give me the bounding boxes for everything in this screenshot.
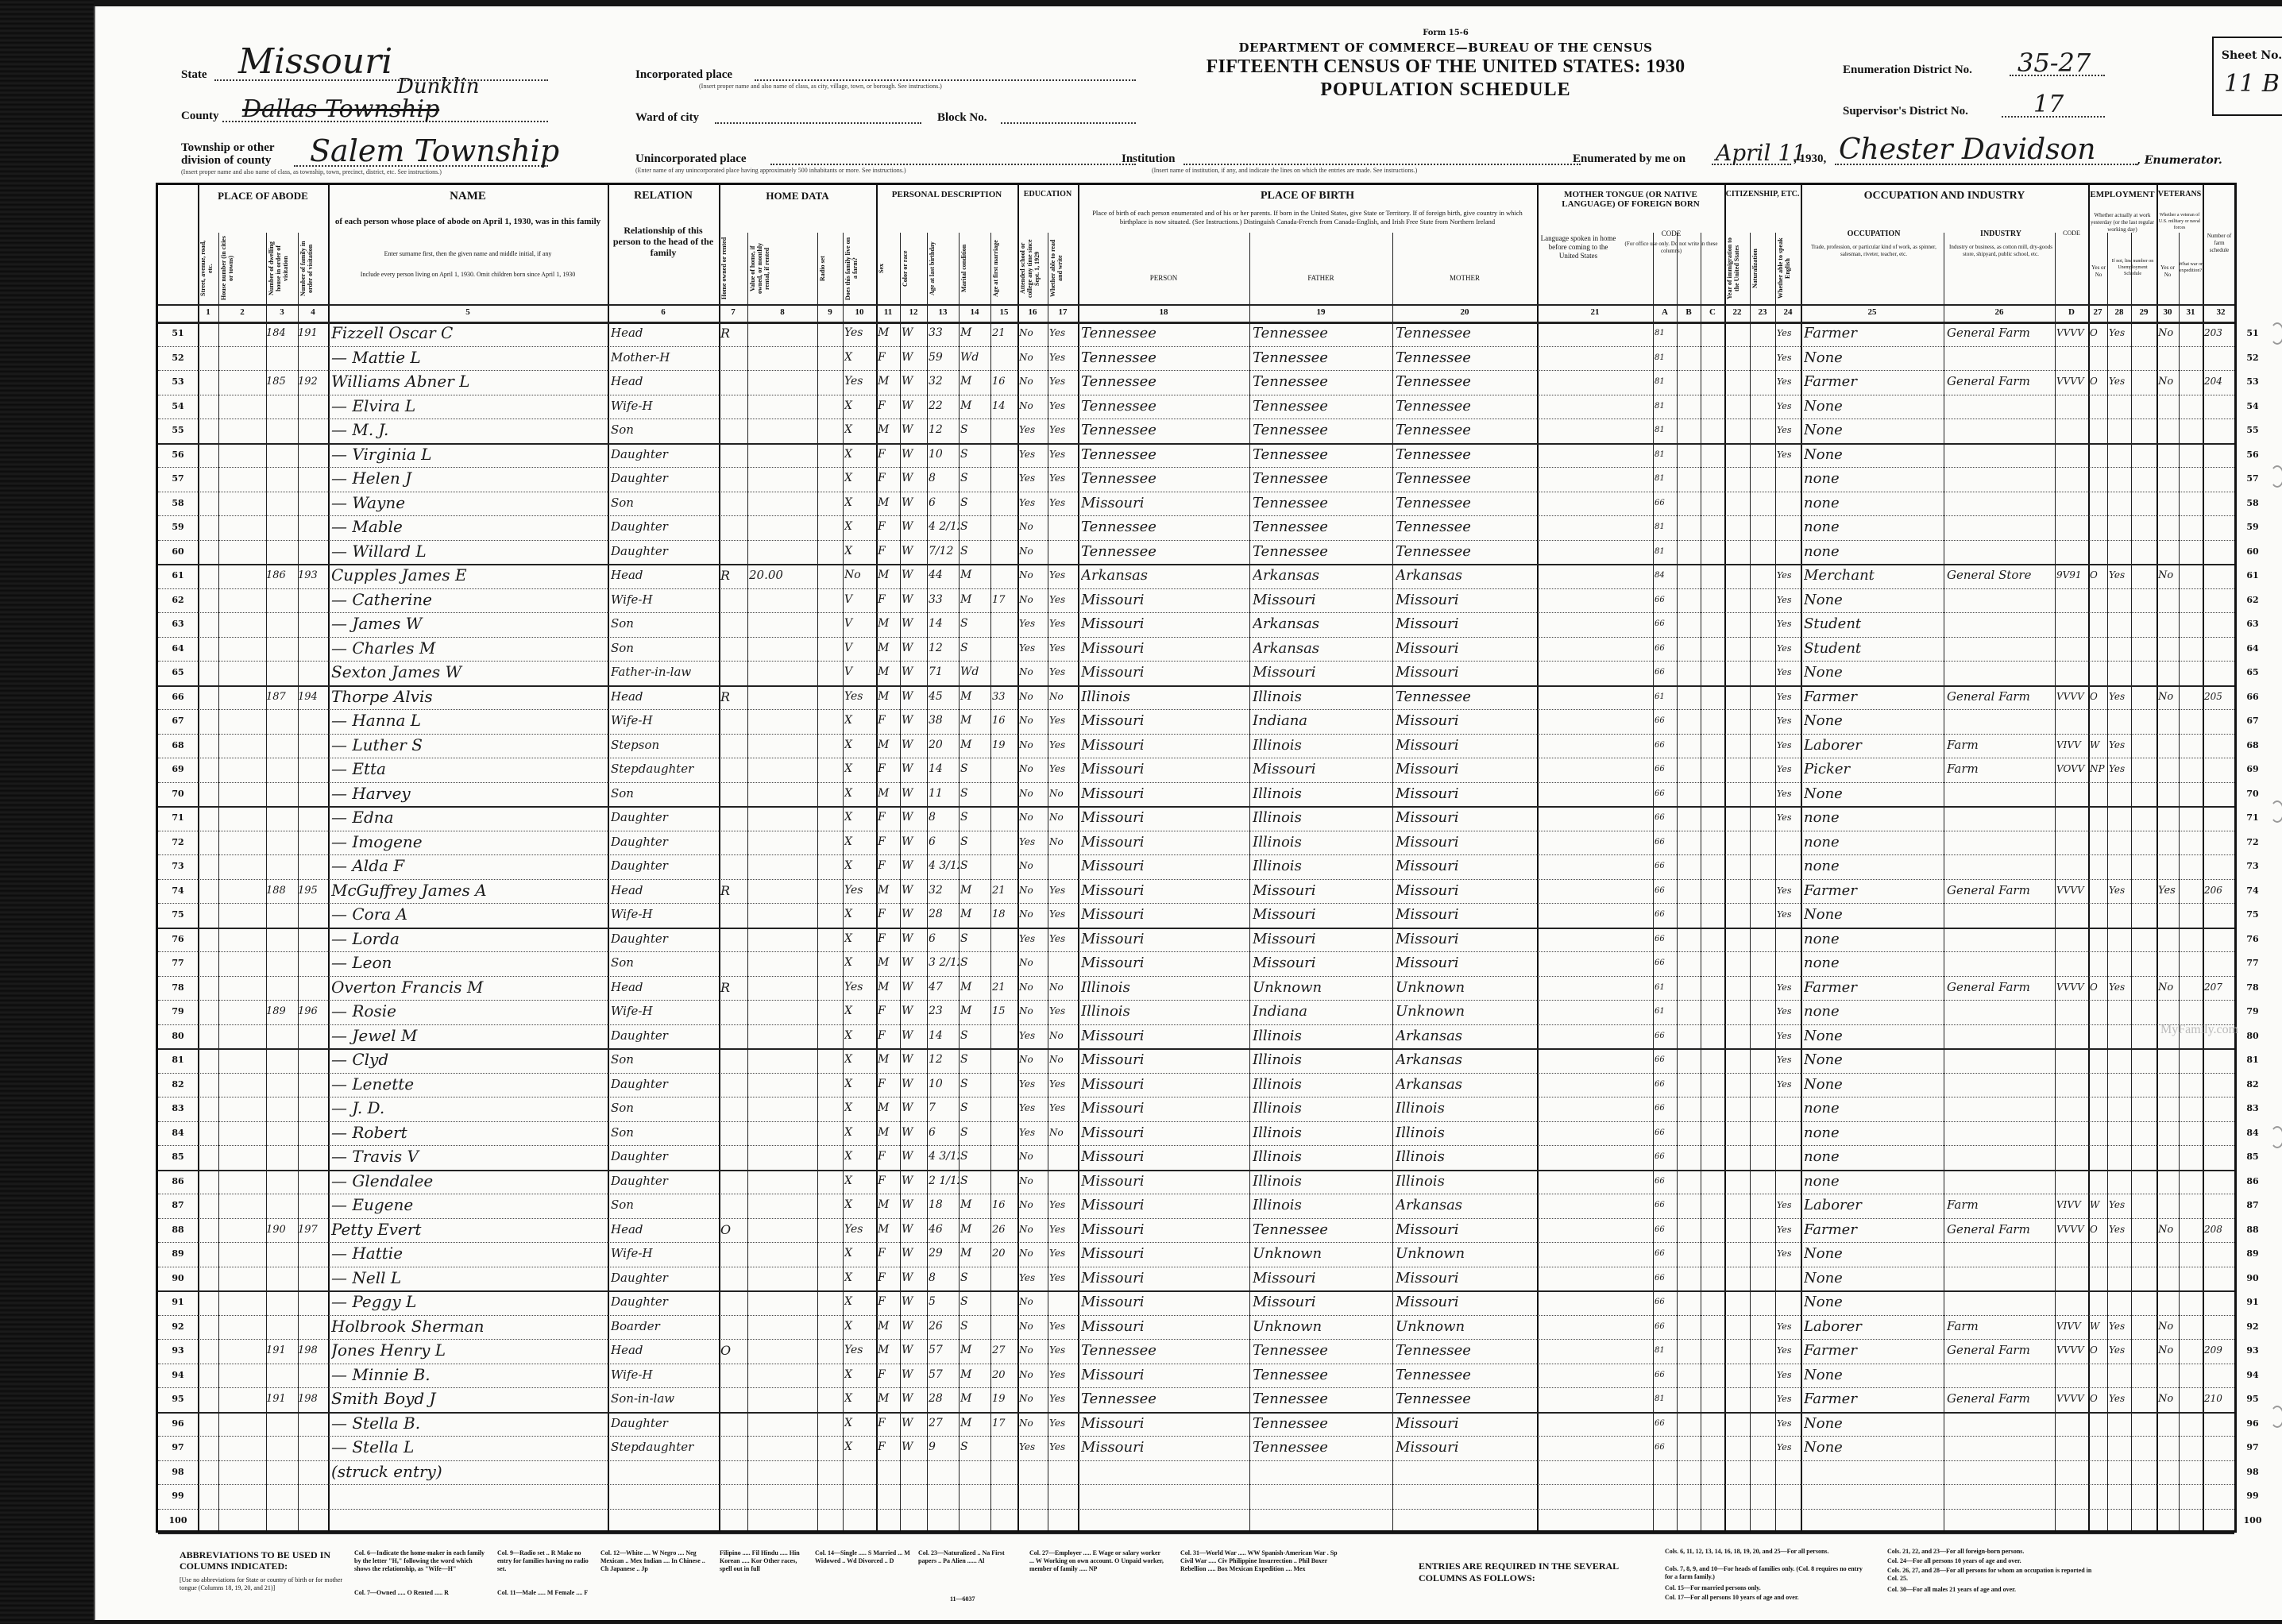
speaks-english: Yes — [1777, 1047, 1801, 1073]
line-number: 56 — [166, 449, 190, 460]
speaks-english: Yes — [1777, 587, 1801, 613]
farm-residence: X — [844, 901, 876, 928]
farm-schedule-number: 210 — [2204, 1386, 2239, 1412]
class-of-worker: W — [2090, 732, 2107, 758]
occupation: none — [1804, 1168, 1944, 1194]
occupation: None — [1804, 345, 1944, 371]
birthplace-person: Tennessee — [1081, 465, 1248, 492]
table-row: 5454— Elvira LWife-HXFW22M14NoYesTenness… — [158, 395, 2234, 419]
read-write: Yes — [1049, 587, 1078, 613]
industry: General Farm — [1947, 1217, 2055, 1243]
family-number: 193 — [298, 562, 328, 588]
birthplace-person: Missouri — [1081, 1144, 1248, 1170]
incorporated-underline — [755, 79, 1136, 81]
relation: Daughter — [611, 1410, 719, 1437]
race: W — [902, 950, 927, 976]
occupation: Farmer — [1804, 1386, 1944, 1412]
birthplace-person: Missouri — [1081, 804, 1248, 831]
ward-label: Ward of city — [635, 111, 699, 125]
birthplace-person: Missouri — [1081, 587, 1248, 613]
column-number: 27 — [2088, 307, 2107, 317]
industry: General Store — [1947, 562, 2055, 588]
birthplace-father: Missouri — [1253, 950, 1392, 976]
person-name: — Cora A — [331, 901, 608, 928]
marital-status: S — [960, 1120, 990, 1146]
column-header-c15: Age at first marriage — [992, 236, 1016, 301]
read-write: Yes — [1049, 1095, 1078, 1121]
marital-status: S — [960, 417, 990, 443]
personal-description-header: PERSONAL DESCRIPTION — [876, 190, 1017, 199]
occupation: None — [1804, 1023, 1944, 1049]
person-name: — Eugene — [331, 1192, 608, 1218]
attended-school: No — [1019, 562, 1048, 588]
age-first-marriage: 17 — [992, 587, 1017, 613]
read-write: No — [1049, 781, 1078, 807]
occupation: Merchant — [1804, 562, 1944, 588]
occupation-code: VVVV — [2056, 1386, 2088, 1412]
relation: Wife-H — [611, 901, 719, 928]
relation: Daughter — [611, 1071, 719, 1097]
binder-hole-mark — [2270, 800, 2282, 823]
table-row: 7878Overton Francis MHeadRYesMW47M21NoNo… — [158, 976, 2234, 1001]
attended-school: No — [1019, 1313, 1048, 1340]
attended-school: No — [1019, 587, 1048, 613]
table-row: 8484— RobertSonXMW6SYesNoMissouriIllinoi… — [158, 1121, 2234, 1146]
block-underline — [1001, 122, 1136, 124]
relation: Son — [611, 1192, 719, 1218]
line-number-right: 57 — [2241, 473, 2265, 484]
dwelling-number: 185 — [266, 368, 298, 395]
table-row: 7777— LeonSonXMW3 2/12SNoMissouriMissour… — [158, 951, 2234, 976]
farm-residence: Yes — [844, 368, 876, 395]
table-row: 8080— Jewel MDaughterXFW14SYesNoMissouri… — [158, 1024, 2234, 1049]
table-row: 5151184191Fizzell Oscar CHeadRYesMW33M21… — [158, 322, 2234, 346]
line-number-right: 61 — [2241, 570, 2265, 581]
birthplace-mother: Illinois — [1396, 1168, 1535, 1194]
race: W — [902, 635, 927, 662]
attended-school: No — [1019, 320, 1048, 346]
line-number: 73 — [166, 861, 190, 871]
relation-header: RELATION — [608, 190, 719, 203]
at-work: Yes — [2109, 1337, 2131, 1364]
binder-hole-mark — [2270, 322, 2282, 345]
race: W — [902, 442, 927, 468]
enumerator-label: , Enumerator. — [2137, 154, 2222, 167]
age: 28 — [929, 1386, 959, 1412]
sex: F — [878, 1410, 900, 1437]
speaks-english: Yes — [1777, 562, 1801, 588]
county-struck-value: Dallas Township — [242, 95, 439, 123]
at-work: Yes — [2109, 1217, 2131, 1243]
age: 32 — [929, 368, 959, 395]
line-number-right: 78 — [2241, 982, 2265, 993]
farm-schedule-number: 209 — [2204, 1337, 2239, 1364]
line-number: 54 — [166, 401, 190, 411]
relation: Daughter — [611, 1168, 719, 1194]
person-name: — Lorda — [331, 926, 608, 952]
occupation: none — [1804, 465, 1944, 492]
race: W — [902, 1434, 927, 1460]
relation: Mother-H — [611, 345, 719, 371]
race: W — [902, 1144, 927, 1170]
birthplace-mother: Tennessee — [1396, 1362, 1535, 1388]
line-number: 96 — [166, 1418, 190, 1429]
column-number: 22 — [1724, 307, 1750, 317]
line-number: 80 — [166, 1031, 190, 1041]
age: 18 — [929, 1192, 959, 1218]
age-first-marriage: 16 — [992, 368, 1017, 395]
farm-residence: X — [844, 1120, 876, 1146]
race: W — [902, 1071, 927, 1097]
person-name: Fizzell Oscar C — [331, 320, 608, 346]
state-code: 66 — [1655, 926, 1677, 952]
farm-residence: X — [844, 853, 876, 879]
attended-school: No — [1019, 1240, 1048, 1267]
industry: General Farm — [1947, 684, 2055, 710]
farm-residence: X — [844, 1289, 876, 1315]
census-page: State Missouri County Dallas Township Du… — [94, 6, 2282, 1620]
relation: Son — [611, 611, 719, 637]
relation: Son — [611, 635, 719, 662]
age: 7 — [929, 1095, 959, 1121]
county-label: County — [181, 110, 219, 123]
birthplace-person: Missouri — [1081, 1217, 1248, 1243]
farm-residence: X — [844, 1144, 876, 1170]
class-of-worker: W — [2090, 1313, 2107, 1340]
attended-school: No — [1019, 804, 1048, 831]
column-number: 28 — [2107, 307, 2131, 317]
person-name: — Glendalee — [331, 1168, 608, 1194]
farm-residence: X — [844, 1313, 876, 1340]
table-row: 8383— J. D.SonXMW7SYesYesMissouriIllinoi… — [158, 1097, 2234, 1121]
relation: Wife-H — [611, 998, 719, 1024]
marital-status: M — [960, 1217, 990, 1243]
relation: Son — [611, 950, 719, 976]
birthplace-father: Tennessee — [1253, 1217, 1392, 1243]
dwelling-number: 188 — [266, 878, 298, 904]
age-first-marriage: 16 — [992, 708, 1017, 734]
employment-line-number: If not, line number on Unemployment Sche… — [2109, 258, 2157, 277]
entries-rule-8: Col. 30—For all males 21 years of age an… — [1887, 1586, 2094, 1594]
line-number: 89 — [166, 1248, 190, 1259]
occupation: None — [1804, 1047, 1944, 1073]
relation: Son-in-law — [611, 1386, 719, 1412]
birthplace-mother: Tennessee — [1396, 684, 1535, 710]
person-name: — James W — [331, 611, 608, 637]
birthplace-person: Tennessee — [1081, 1337, 1248, 1364]
person-name: Williams Abner L — [331, 368, 608, 395]
at-work: Yes — [2109, 320, 2131, 346]
occupation: Laborer — [1804, 732, 1944, 758]
line-number-right: 99 — [2241, 1491, 2265, 1501]
race: W — [902, 417, 927, 443]
attended-school: No — [1019, 1386, 1048, 1412]
person-name: — Imogene — [331, 829, 608, 855]
person-name: Sexton James W — [331, 659, 608, 685]
speaks-english: Yes — [1777, 393, 1801, 419]
relation: Wife-H — [611, 587, 719, 613]
person-name: — Jewel M — [331, 1023, 608, 1049]
sex: F — [878, 901, 900, 928]
birthplace-mother: Arkansas — [1396, 562, 1535, 588]
relation: Head — [611, 974, 719, 1001]
abbrev-col23: Col. 23—Naturalized .. Na First papers .… — [918, 1549, 1021, 1565]
abbrev-col7: Col. 7—Owned ..... O Rented ..... R — [354, 1589, 489, 1597]
line-number-right: 81 — [2241, 1055, 2265, 1065]
relation: Daughter — [611, 926, 719, 952]
table-row: 8585— Travis VDaughterXFW4 3/12SNoMissou… — [158, 1145, 2234, 1170]
person-name: Smith Boyd J — [331, 1386, 608, 1412]
column-number: 21 — [1537, 307, 1653, 317]
person-name: — Hanna L — [331, 708, 608, 734]
sex: M — [878, 1313, 900, 1340]
person-name: Thorpe Alvis — [331, 684, 608, 710]
farm-residence: Yes — [844, 1337, 876, 1364]
line-number: 91 — [166, 1297, 190, 1307]
veteran-status: No — [2158, 1217, 2179, 1243]
read-write: Yes — [1049, 1362, 1078, 1388]
person-name: — M. J. — [331, 417, 608, 443]
department-title: DEPARTMENT OF COMMERCE—BUREAU OF THE CEN… — [1144, 41, 1747, 55]
entries-rule-7: Cols. 26, 27, and 28—For all persons for… — [1887, 1567, 2094, 1583]
occupation: Farmer — [1804, 974, 1944, 1001]
column-header-c2: House number (in cities or towns) — [220, 236, 264, 301]
line-number-right: 54 — [2241, 401, 2265, 411]
race: W — [902, 1362, 927, 1388]
column-header-c9: Radio set — [819, 236, 841, 301]
sex: M — [878, 368, 900, 395]
farm-schedule-number: 205 — [2204, 684, 2239, 710]
sex: F — [878, 1168, 900, 1194]
line-number: 83 — [166, 1103, 190, 1113]
relation-description: Relationship of this person to the head … — [612, 225, 714, 258]
line-number-right: 83 — [2241, 1103, 2265, 1113]
person-name: — Mable — [331, 514, 608, 540]
abbrev-col12: Col. 12—White .... W Negro .... Neg Mexi… — [600, 1549, 712, 1573]
speaks-english: Yes — [1777, 1362, 1801, 1388]
race: W — [902, 732, 927, 758]
birthplace-father: Tennessee — [1253, 1386, 1392, 1412]
line-number: 62 — [166, 595, 190, 605]
entries-rule-6: Col. 24—For all persons 10 years of age … — [1887, 1557, 2094, 1565]
line-number: 69 — [166, 764, 190, 774]
state-code: 61 — [1655, 998, 1677, 1024]
abbrev-col14: Col. 14—Single ..... S Married ... M Wid… — [815, 1549, 910, 1565]
age-first-marriage: 20 — [992, 1240, 1017, 1267]
sex: M — [878, 950, 900, 976]
line-number: 81 — [166, 1055, 190, 1065]
line-number: 65 — [166, 667, 190, 677]
read-write: Yes — [1049, 320, 1078, 346]
age: 7/12 — [929, 538, 959, 565]
state-code: 81 — [1655, 417, 1677, 443]
birthplace-mother: Illinois — [1396, 1095, 1535, 1121]
column-header-c7: Home owned or rented — [720, 236, 746, 301]
line-number-right: 64 — [2241, 643, 2265, 654]
family-number: 197 — [298, 1217, 328, 1243]
line-number-right: 96 — [2241, 1418, 2265, 1429]
state-code: 81 — [1655, 320, 1677, 346]
birthplace-mother: Unknown — [1396, 1313, 1535, 1340]
attended-school: No — [1019, 1047, 1048, 1073]
row-divider — [158, 1533, 2234, 1534]
age-first-marriage: 19 — [992, 732, 1017, 758]
state-code: 66 — [1655, 1192, 1677, 1218]
state-code: 66 — [1655, 1095, 1677, 1121]
birthplace-mother: Arkansas — [1396, 1047, 1535, 1073]
marital-status: S — [960, 1047, 990, 1073]
birthplace-mother: Arkansas — [1396, 1071, 1535, 1097]
column-number: 9 — [817, 307, 843, 317]
class-of-worker: O — [2090, 1217, 2107, 1243]
age: 5 — [929, 1289, 959, 1315]
veteran-status: No — [2158, 1386, 2179, 1412]
person-name: — Elvira L — [331, 393, 608, 419]
race: W — [902, 756, 927, 782]
marital-status: S — [960, 1313, 990, 1340]
attended-school: No — [1019, 732, 1048, 758]
birthplace-mother: Missouri — [1396, 950, 1535, 976]
birthplace-father: Tennessee — [1253, 393, 1392, 419]
birthplace-mother: Tennessee — [1396, 393, 1535, 419]
age: 47 — [929, 974, 959, 1001]
speaks-english: Yes — [1777, 998, 1801, 1024]
birthplace-father: Illinois — [1253, 829, 1392, 855]
person-name: — J. D. — [331, 1095, 608, 1121]
attended-school: Yes — [1019, 1095, 1048, 1121]
column-number: 14 — [959, 307, 990, 317]
sex: M — [878, 611, 900, 637]
birthplace-mother: Missouri — [1396, 1265, 1535, 1291]
abbrev-col27: Col. 27—Employer ..... E Wage or salary … — [1029, 1549, 1164, 1573]
line-number-right: 77 — [2241, 958, 2265, 968]
age: 4 2/12 — [929, 514, 959, 540]
state-code: 66 — [1655, 1240, 1677, 1267]
name-include-note: Include every person living on April 1, … — [341, 271, 595, 279]
age: 20 — [929, 732, 959, 758]
column-header-c13: Age at last birthday — [929, 236, 957, 301]
birthplace-father: Tennessee — [1253, 368, 1392, 395]
veteran-status: No — [2158, 320, 2179, 346]
occupation: Farmer — [1804, 878, 1944, 904]
birthplace-father: Illinois — [1253, 1095, 1392, 1121]
table-row: 9696— Stella B.DaughterXFW27M17NoYesMiss… — [158, 1412, 2234, 1437]
language-spoken-header: Language spoken in home before coming to… — [1540, 234, 1616, 260]
population-schedule-table: PLACE OF ABODENAMERELATIONHOME DATAPERSO… — [156, 183, 2237, 1533]
code-office-note: (For office use only. Do not write in th… — [1618, 241, 1724, 255]
table-row: 7171— EdnaDaughterXFW8SNoNoMissouriIllin… — [158, 806, 2234, 831]
attended-school: No — [1019, 756, 1048, 782]
employment-header: EMPLOYMENT — [2088, 190, 2157, 199]
line-number: 82 — [166, 1079, 190, 1090]
birthplace-father: Illinois — [1253, 1047, 1392, 1073]
occupation: None — [1804, 1071, 1944, 1097]
sex: F — [878, 345, 900, 371]
birthplace-father: Arkansas — [1253, 635, 1392, 662]
occupation-code: VVVV — [2056, 974, 2088, 1001]
birthplace-person: Missouri — [1081, 950, 1248, 976]
race: W — [902, 926, 927, 952]
line-number: 58 — [166, 498, 190, 508]
sex: M — [878, 781, 900, 807]
state-code: 66 — [1655, 1144, 1677, 1170]
column-number: 10 — [843, 307, 876, 317]
line-number-right: 80 — [2241, 1031, 2265, 1041]
farm-schedule-number: 207 — [2204, 974, 2239, 1001]
relation: Wife-H — [611, 1240, 719, 1267]
place-of-abode-header: PLACE OF ABODE — [198, 190, 328, 203]
race: W — [902, 1047, 927, 1073]
birthplace-father: Tennessee — [1253, 490, 1392, 516]
farm-residence: X — [844, 1434, 876, 1460]
race: W — [902, 320, 927, 346]
line-number: 78 — [166, 982, 190, 993]
occupation: None — [1804, 708, 1944, 734]
occupation-code-header: CODE — [2055, 230, 2088, 237]
abbrev-col12-other: Filipino ..... Fil Hindu ..... Hin Korea… — [720, 1549, 807, 1573]
person-name: — Wayne — [331, 490, 608, 516]
occupation: none — [1804, 829, 1944, 855]
marital-status: S — [960, 1289, 990, 1315]
column-number: 31 — [2179, 307, 2203, 317]
line-number: 64 — [166, 643, 190, 654]
occupation: None — [1804, 1410, 1944, 1437]
birthplace-person: Illinois — [1081, 974, 1248, 1001]
read-write: No — [1049, 1047, 1078, 1073]
column-number: 13 — [927, 307, 959, 317]
read-write: Yes — [1049, 611, 1078, 637]
industry-header: INDUSTRY — [1947, 230, 2055, 239]
industry-description: Industry or business, as cotton mill, dr… — [1947, 244, 2055, 258]
relation: Daughter — [611, 465, 719, 492]
occupation: none — [1804, 950, 1944, 976]
birthplace-father: Tennessee — [1253, 417, 1392, 443]
age: 33 — [929, 320, 959, 346]
table-row: 8282— LenetteDaughterXFW10SYesYesMissour… — [158, 1073, 2234, 1097]
farm-residence: Yes — [844, 878, 876, 904]
column-number: B — [1677, 307, 1701, 317]
age: 11 — [929, 781, 959, 807]
birthplace-person: Missouri — [1081, 1434, 1248, 1460]
marital-status: M — [960, 1240, 990, 1267]
attended-school: Yes — [1019, 1071, 1048, 1097]
birthplace-mother: Unknown — [1396, 998, 1535, 1024]
occupation-code: VIVV — [2056, 1313, 2088, 1340]
birthplace-father: Illinois — [1253, 1168, 1392, 1194]
speaks-english: Yes — [1777, 1434, 1801, 1460]
sheet-label: Sheet No. — [2214, 49, 2282, 62]
person-name: — Minnie B. — [331, 1362, 608, 1388]
birthplace-father: Missouri — [1253, 926, 1392, 952]
occupation: None — [1804, 1362, 1944, 1388]
speaks-english: Yes — [1777, 345, 1801, 371]
line-number-right: 65 — [2241, 667, 2265, 677]
birthplace-mother: Missouri — [1396, 635, 1535, 662]
line-number-right: 62 — [2241, 595, 2265, 605]
table-row: 100100 — [158, 1509, 2234, 1533]
occupation: none — [1804, 1144, 1944, 1170]
birthplace-mother: Missouri — [1396, 781, 1535, 807]
marital-status: M — [960, 901, 990, 928]
birthplace-person: Missouri — [1081, 829, 1248, 855]
speaks-english: Yes — [1777, 659, 1801, 685]
state-code: 81 — [1655, 442, 1677, 468]
marital-status: M — [960, 587, 990, 613]
table-row: 6565Sexton James WFather-in-lawVMW71WdNo… — [158, 661, 2234, 685]
state-code: 66 — [1655, 732, 1677, 758]
table-row: 7070— HarveySonXMW11SNoNoMissouriIllinoi… — [158, 782, 2234, 807]
birthplace-mother: Missouri — [1396, 587, 1535, 613]
